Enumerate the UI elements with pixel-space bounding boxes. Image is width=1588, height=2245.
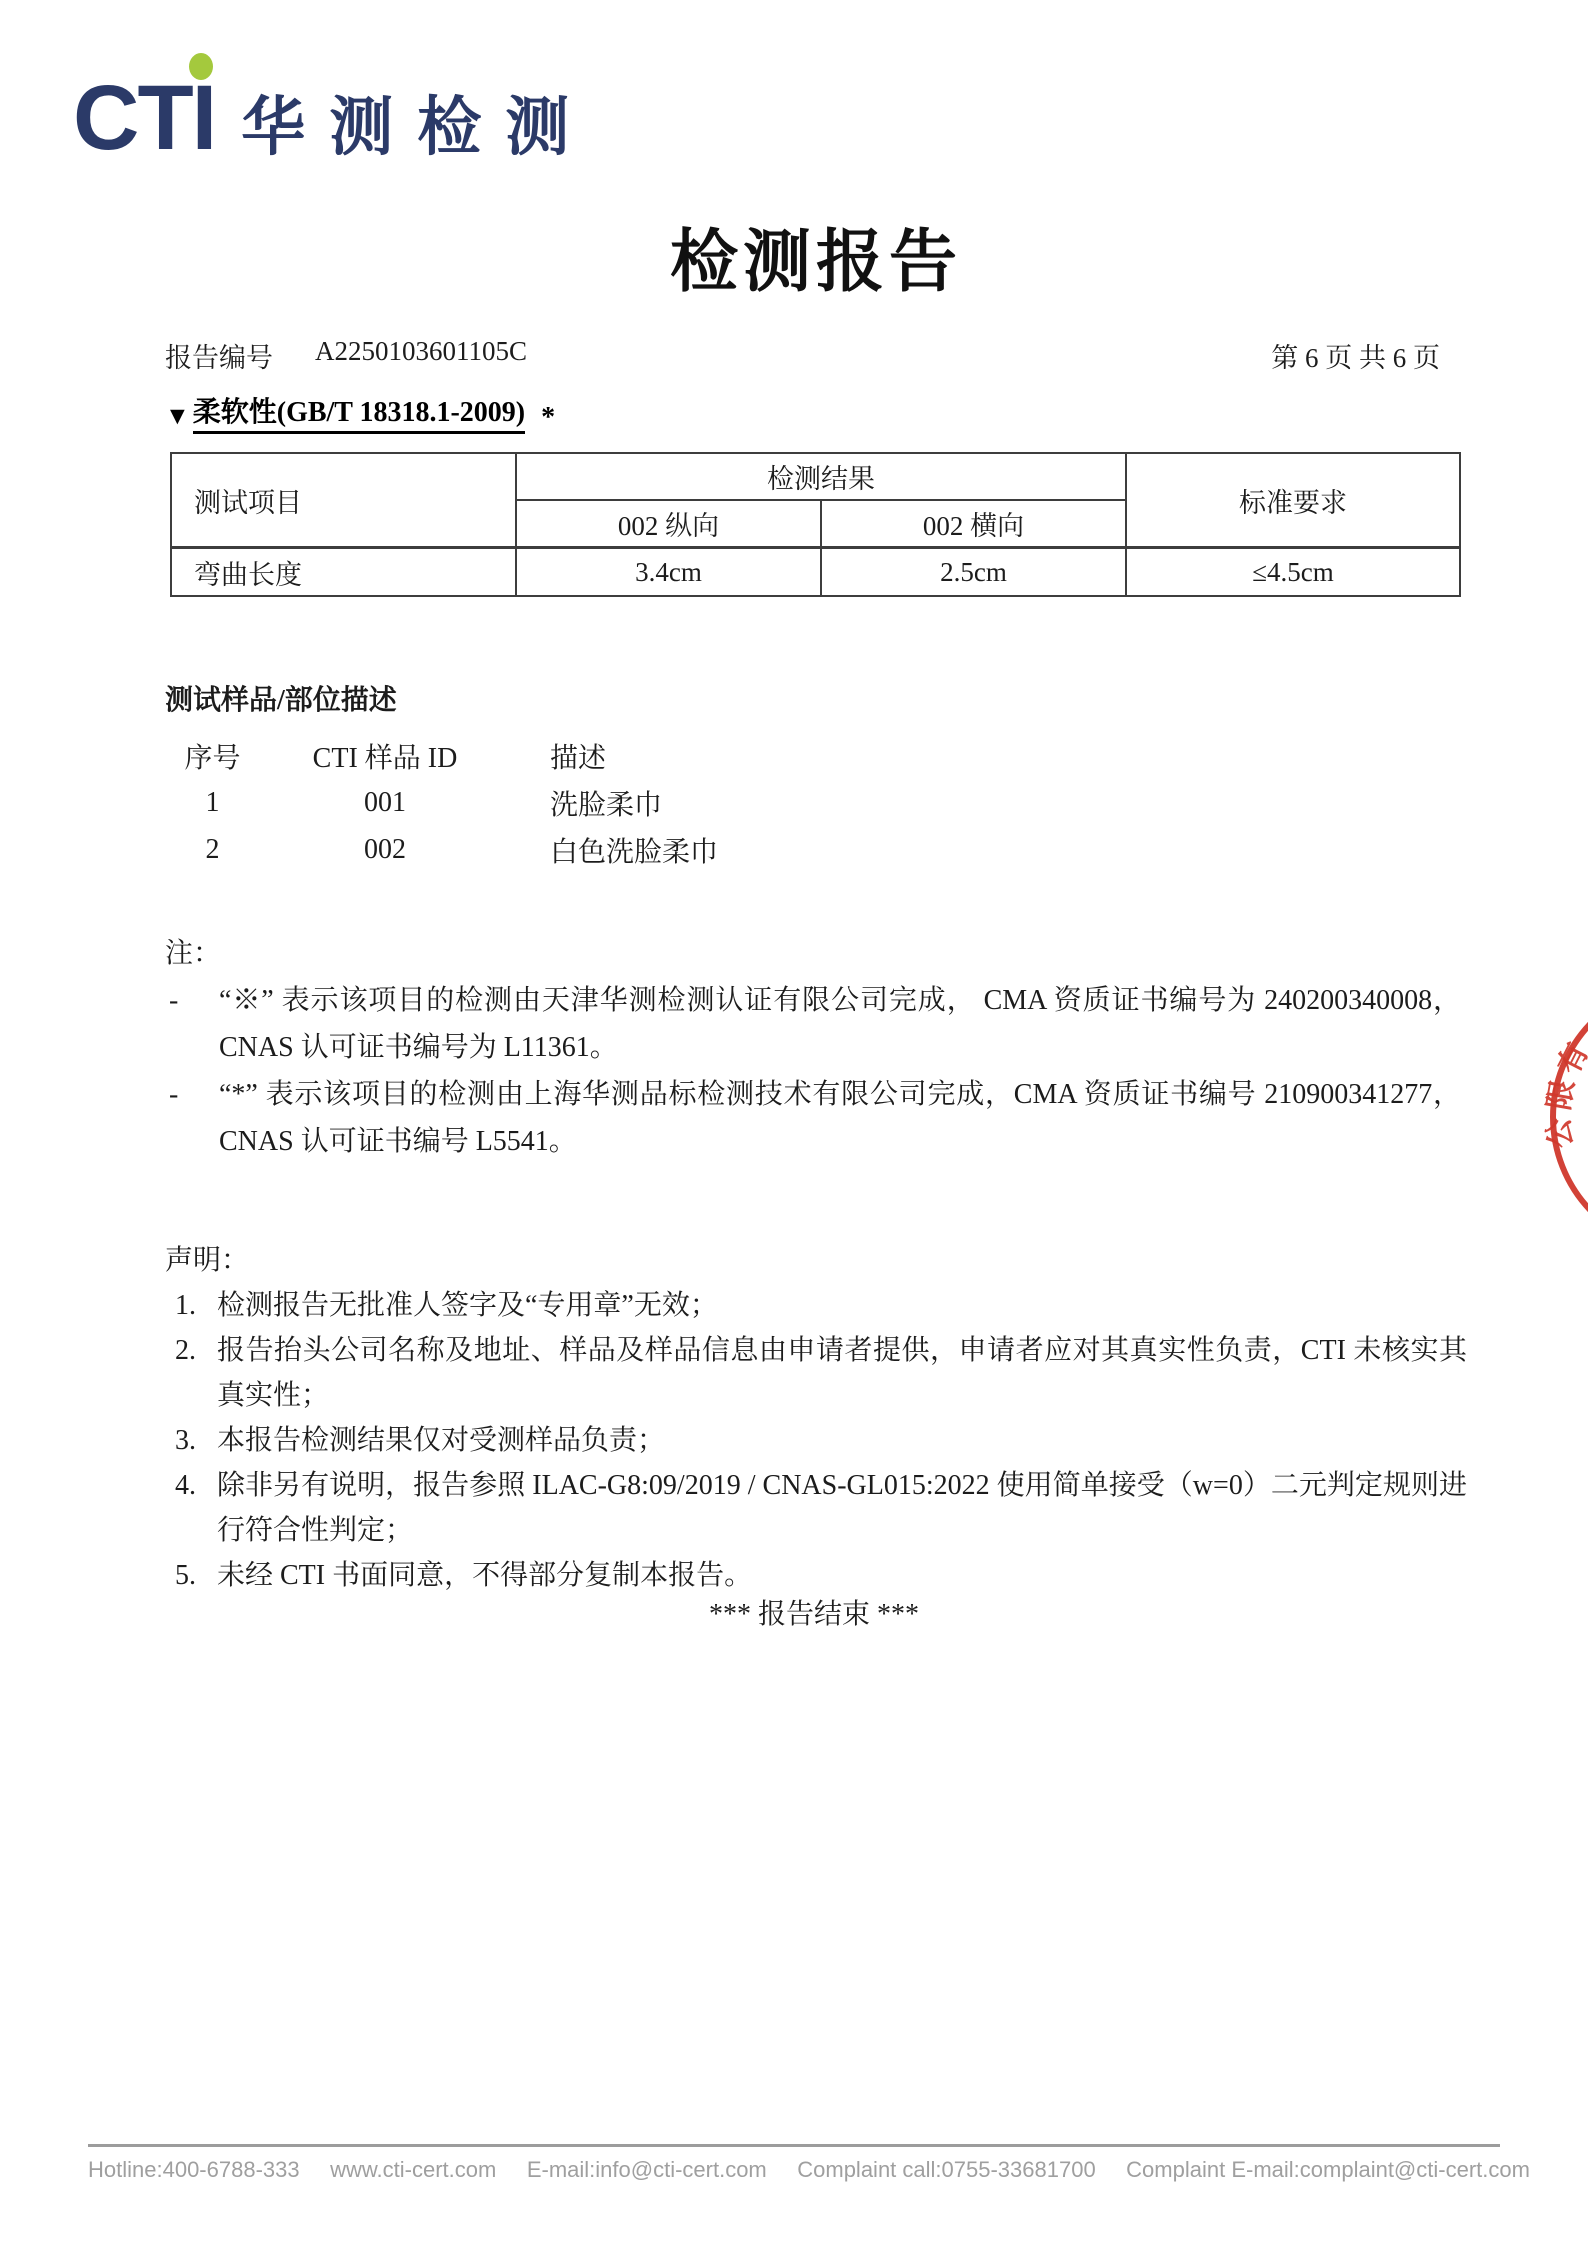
- notes-label: 注：: [165, 930, 1461, 977]
- cti-logo: CT I 华测检测: [73, 72, 593, 164]
- table-row: 序号 CTI 样品 ID 描述: [165, 732, 1070, 779]
- declaration-item: 2. 报告抬头公司名称及地址、样品及样品信息由申请者提供，申请者应对其真实性负责…: [165, 1328, 1467, 1418]
- declaration-item-number: 2.: [175, 1328, 196, 1373]
- sample-table: 序号 CTI 样品 ID 描述 1 001 洗脸柔巾 2 002 白色洗脸柔巾: [165, 732, 1070, 873]
- subheader-lengthwise-cell: 002 纵向: [516, 500, 821, 548]
- declaration-item: 4. 除非另有说明，报告参照 ILAC-G8:09/2019 / CNAS-GL…: [165, 1463, 1467, 1553]
- result-header-cell: 检测结果: [516, 453, 1126, 500]
- section-flag: *: [541, 402, 555, 434]
- crosswise-value-cell: 2.5cm: [821, 548, 1126, 597]
- declaration-item-text: 未经 CTI 书面同意，不得部分复制本报告。: [217, 1560, 752, 1591]
- section-marker-icon: ▼: [165, 403, 190, 434]
- table-row: 弯曲长度 3.4cm 2.5cm ≤4.5cm: [171, 548, 1460, 597]
- declaration-item-text: 除非另有说明，报告参照 ILAC-G8:09/2019 / CNAS-GL015…: [217, 1470, 1467, 1546]
- report-number-group: 报告编号 A2250103601105C: [165, 336, 527, 375]
- logo-ct: CT: [73, 72, 192, 164]
- declaration-item: 3. 本报告检测结果仅对受测样品负责；: [165, 1418, 1467, 1463]
- sample-no-header: 序号: [165, 732, 260, 779]
- sample-description-section: 测试样品/部位描述 序号 CTI 样品 ID 描述 1 001 洗脸柔巾 2 0…: [165, 678, 1070, 873]
- results-table: 测试项目 检测结果 标准要求 002 纵向 002 横向 弯曲长度 3.4cm …: [170, 452, 1461, 597]
- declaration-label: 声明：: [165, 1238, 1467, 1283]
- meta-row: 报告编号 A2250103601105C 第 6 页 共 6 页: [165, 336, 1440, 375]
- sample-section-title: 测试样品/部位描述: [165, 678, 1070, 718]
- sample-no: 2: [165, 826, 260, 873]
- table-row: 2 002 白色洗脸柔巾: [165, 826, 1070, 873]
- declaration-item-text: 报告抬头公司名称及地址、样品及样品信息由申请者提供，申请者应对其真实性负责，CT…: [217, 1335, 1467, 1411]
- report-page: CT I 华测检测 检测报告 报告编号 A2250103601105C 第 6 …: [0, 0, 1588, 2245]
- note-text: “*” 表示该项目的检测由上海华测品标检测技术有限公司完成，CMA 资质证书编号…: [219, 1079, 1461, 1157]
- logo-green-dot-icon: [189, 53, 213, 80]
- sample-desc-header: 描述: [510, 732, 1070, 779]
- stamp-character: 限: [1545, 1078, 1580, 1113]
- declaration-item-number: 3.: [175, 1418, 196, 1463]
- footer-complaint-email: Complaint E-mail:complaint@cti-cert.com: [1126, 2157, 1530, 2183]
- report-end-line: *** 报告结束 ***: [0, 1592, 1588, 1632]
- report-number-label: 报告编号: [165, 336, 273, 375]
- note-bullet: -: [169, 1071, 178, 1118]
- sample-desc: 白色洗脸柔巾: [510, 826, 1070, 873]
- item-header-cell: 测试项目: [171, 453, 516, 548]
- table-row: 1 001 洗脸柔巾: [165, 779, 1070, 826]
- report-number-value: A2250103601105C: [315, 336, 527, 375]
- subheader-crosswise-cell: 002 横向: [821, 500, 1126, 548]
- note-bullet: -: [169, 977, 178, 1024]
- declaration-item-number: 1.: [175, 1283, 196, 1328]
- table-row: 测试项目 检测结果 标准要求: [171, 453, 1460, 500]
- note-text: “※” 表示该项目的检测由天津华测检测认证有限公司完成， CMA 资质证书编号为…: [219, 985, 1461, 1063]
- notes-section: 注： - “※” 表示该项目的检测由天津华测检测认证有限公司完成， CMA 资质…: [165, 930, 1461, 1165]
- footer-hotline: Hotline:400-6788-333: [88, 2157, 300, 2183]
- footer-website: www.cti-cert.com: [330, 2157, 496, 2183]
- requirement-value-cell: ≤4.5cm: [1126, 548, 1460, 597]
- footer-complaint-call: Complaint call:0755-33681700: [797, 2157, 1095, 2183]
- declaration-item-number: 4.: [175, 1463, 196, 1508]
- page-indicator: 第 6 页 共 6 页: [1271, 336, 1440, 375]
- sample-desc: 洗脸柔巾: [510, 779, 1070, 826]
- note-item: - “*” 表示该项目的检测由上海华测品标检测技术有限公司完成，CMA 资质证书…: [165, 1071, 1461, 1165]
- document-title: 检测报告: [0, 208, 1588, 305]
- section-title: 柔软性(GB/T 18318.1-2009): [193, 390, 525, 434]
- sample-id-header: CTI 样品 ID: [260, 732, 510, 779]
- declaration-item-text: 检测报告无批准人签字及“专用章”无效；: [217, 1290, 718, 1321]
- logo-i: I: [192, 72, 216, 164]
- test-item-cell: 弯曲长度: [171, 548, 516, 597]
- lengthwise-value-cell: 3.4cm: [516, 548, 821, 597]
- section-header: ▼ 柔软性(GB/T 18318.1-2009) *: [165, 390, 555, 434]
- footer-email: E-mail:info@cti-cert.com: [527, 2157, 767, 2183]
- footer-contact-bar: Hotline:400-6788-333 www.cti-cert.com E-…: [88, 2157, 1530, 2183]
- declaration-section: 声明： 1. 检测报告无批准人签字及“专用章”无效； 2. 报告抬头公司名称及地…: [165, 1238, 1467, 1598]
- declaration-item: 1. 检测报告无批准人签字及“专用章”无效；: [165, 1283, 1467, 1328]
- declaration-item-text: 本报告检测结果仅对受测样品负责；: [217, 1425, 665, 1456]
- sample-id: 002: [260, 826, 510, 873]
- sample-id: 001: [260, 779, 510, 826]
- sample-no: 1: [165, 779, 260, 826]
- logo-latin-text: CT I: [73, 72, 215, 164]
- logo-chinese-text: 华测检测: [241, 95, 593, 159]
- stamp-character: 公: [1544, 1116, 1577, 1149]
- requirement-header-cell: 标准要求: [1126, 453, 1460, 548]
- footer-divider: [88, 2144, 1500, 2147]
- note-item: - “※” 表示该项目的检测由天津华测检测认证有限公司完成， CMA 资质证书编…: [165, 977, 1461, 1071]
